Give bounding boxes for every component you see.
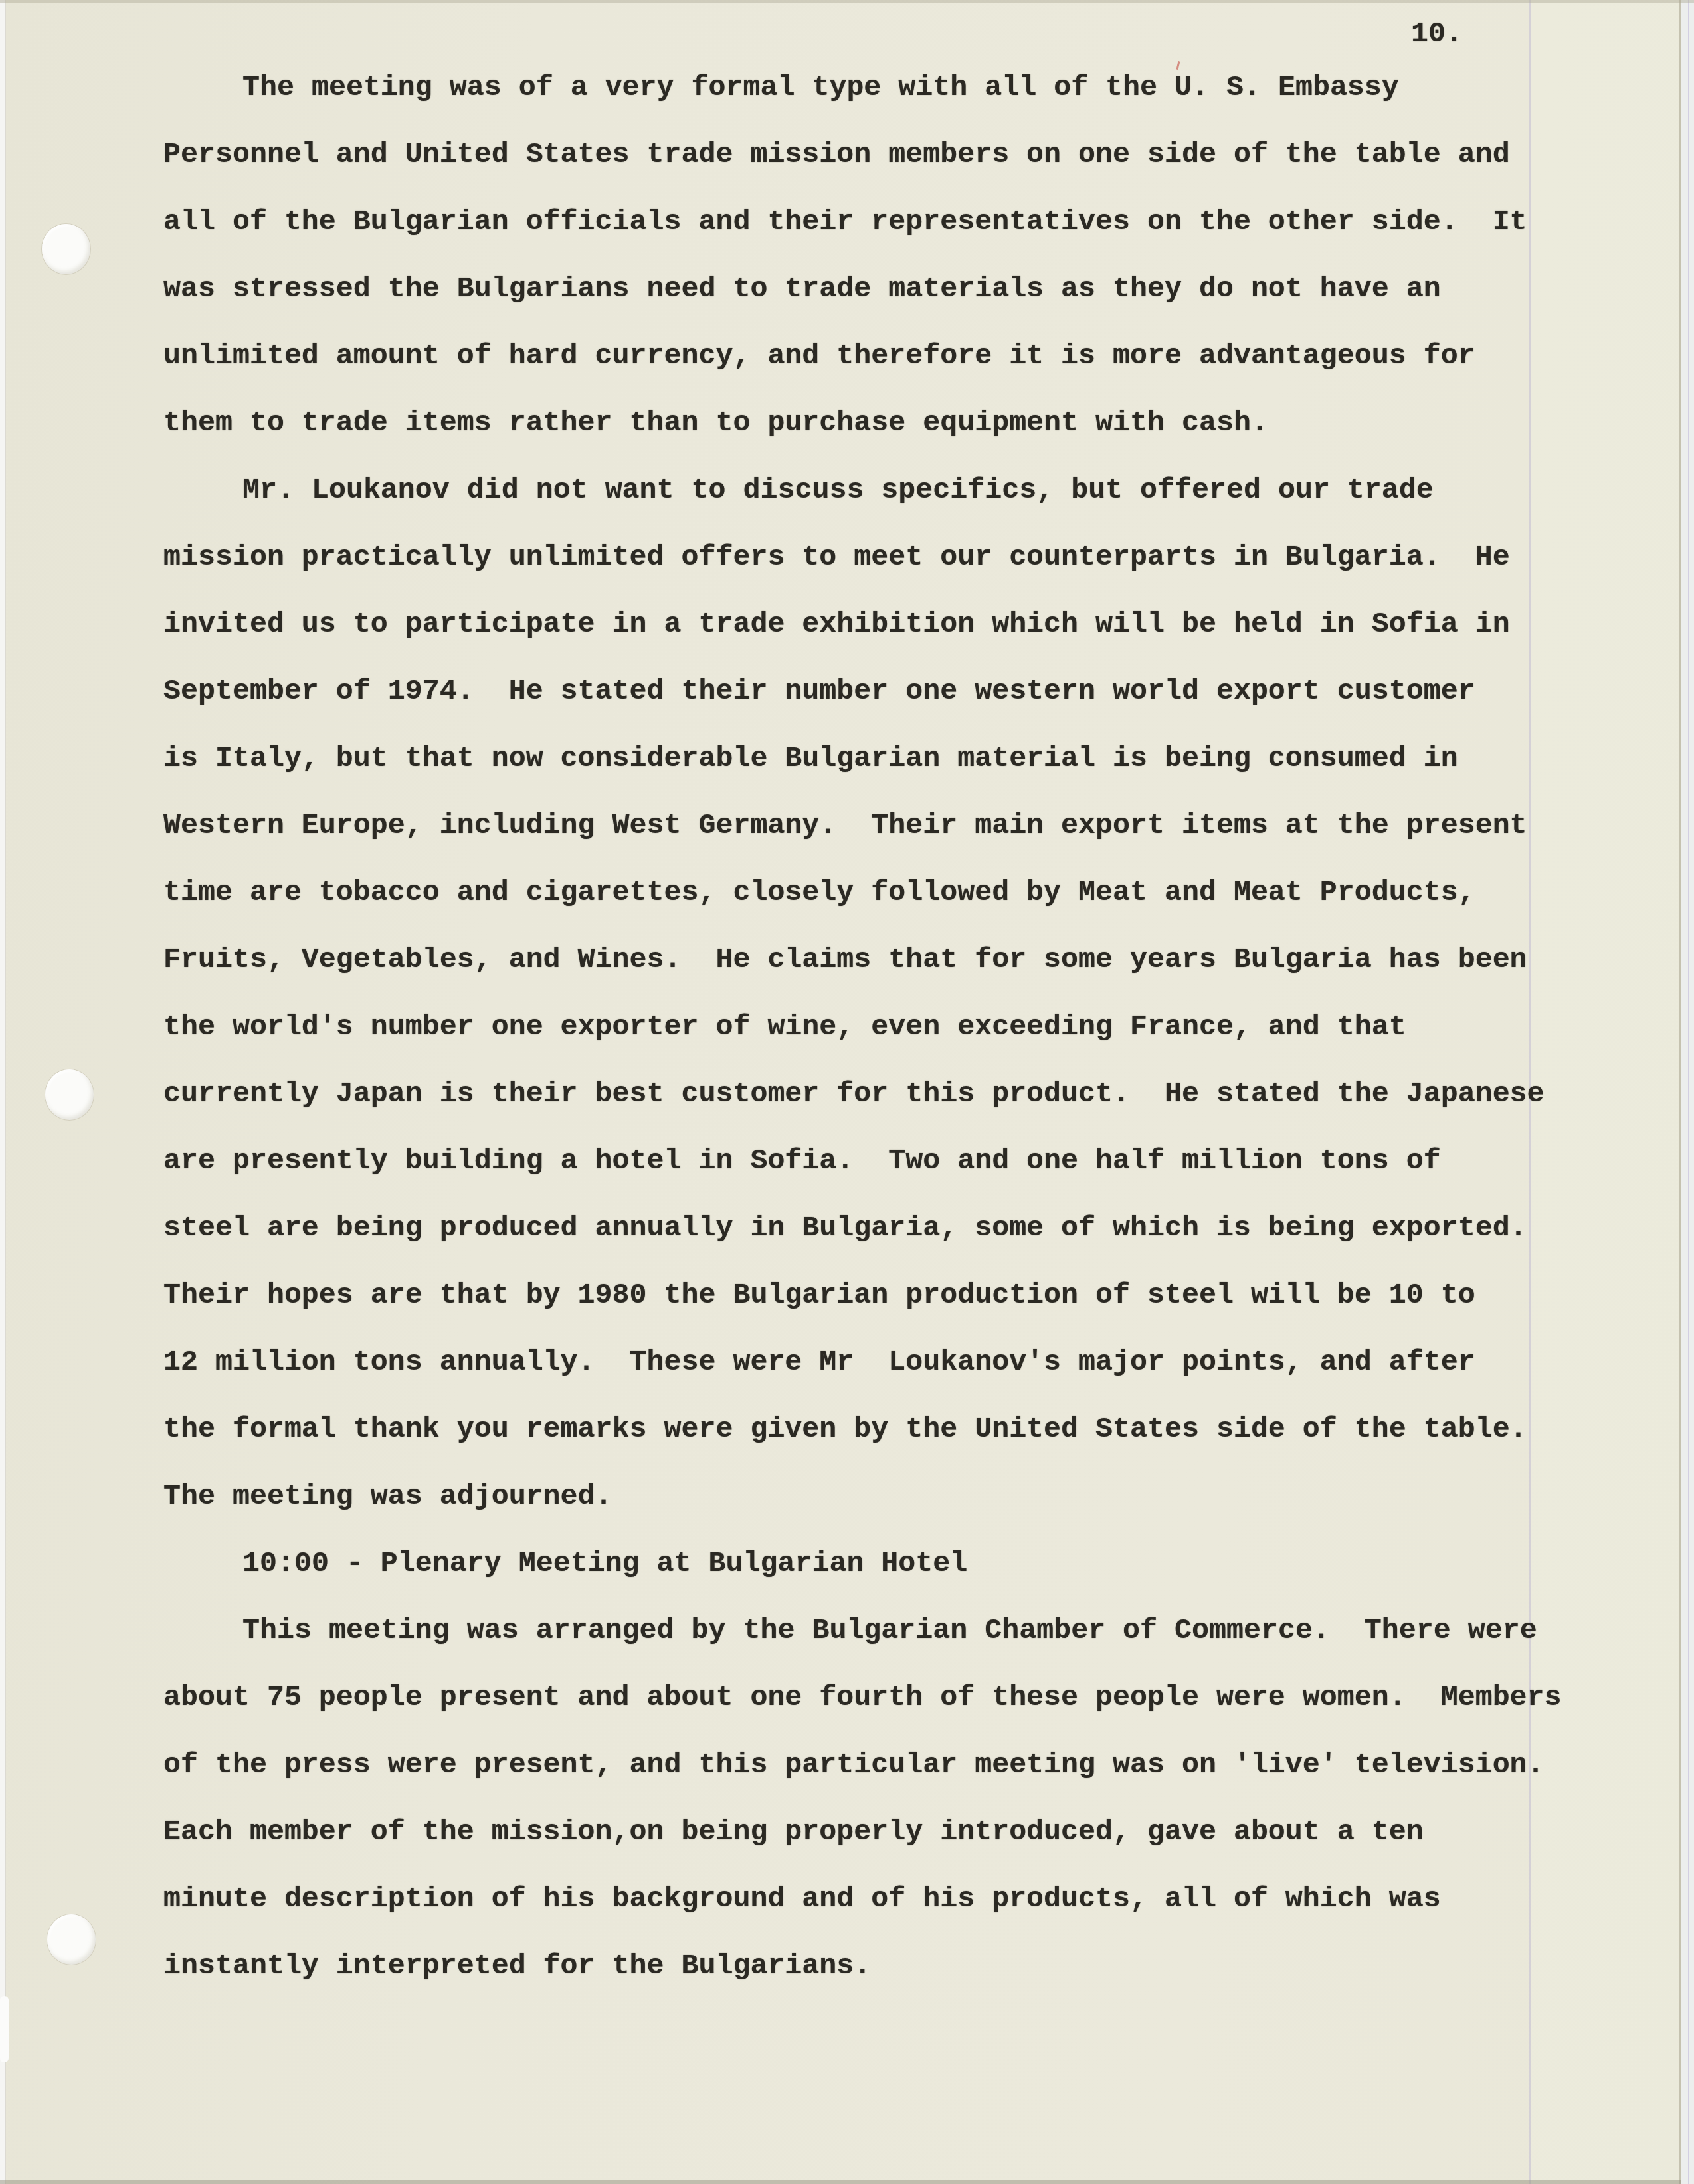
text-line: of the press were present, and this part…: [163, 1732, 1625, 1799]
text-line: Each member of the mission,on being prop…: [163, 1799, 1625, 1866]
text-line: This meeting was arranged by the Bulgari…: [163, 1597, 1625, 1665]
paper-bottom-edge: [0, 2180, 1681, 2184]
document-page: 10. The meeting was of a very formal typ…: [0, 0, 1681, 2184]
text-line: unlimited amount of hard currency, and t…: [163, 323, 1625, 390]
punch-hole: [45, 1069, 94, 1120]
scanner-line: [1688, 0, 1689, 2184]
text-line: mission practically unlimited offers to …: [163, 524, 1625, 591]
text-line: them to trade items rather than to purch…: [163, 390, 1625, 457]
text-line: the formal thank you remarks were given …: [163, 1396, 1625, 1463]
text-line: about 75 people present and about one fo…: [163, 1665, 1625, 1732]
text-line: are presently building a hotel in Sofia.…: [163, 1128, 1625, 1195]
text-line: invited us to participate in a trade exh…: [163, 591, 1625, 658]
text-line: 12 million tons annually. These were Mr …: [163, 1329, 1625, 1396]
text-line: time are tobacco and cigarettes, closely…: [163, 860, 1625, 927]
text-line: instantly interpreted for the Bulgarians…: [163, 1933, 1625, 2000]
text-line: Personnel and United States trade missio…: [163, 122, 1625, 189]
scanner-edge-left: [0, 0, 6, 2184]
paper-top-edge: [0, 0, 1694, 3]
text-line: Fruits, Vegetables, and Wines. He claims…: [163, 927, 1625, 994]
text-line: September of 1974. He stated their numbe…: [163, 658, 1625, 725]
text-line: 10:00 - Plenary Meeting at Bulgarian Hot…: [163, 1530, 1625, 1597]
text-line: minute description of his background and…: [163, 1866, 1625, 1933]
text-line: Mr. Loukanov did not want to discuss spe…: [163, 457, 1625, 524]
text-line: is Italy, but that now considerable Bulg…: [163, 725, 1625, 792]
text-line: steel are being produced annually in Bul…: [163, 1195, 1625, 1262]
punch-hole: [42, 224, 90, 274]
text-line: The meeting was of a very formal type wi…: [163, 54, 1625, 122]
text-line: all of the Bulgarian officials and their…: [163, 189, 1625, 256]
text-line: the world's number one exporter of wine,…: [163, 994, 1625, 1061]
text-line: currently Japan is their best customer f…: [163, 1061, 1625, 1128]
text-line: The meeting was adjourned.: [163, 1463, 1625, 1530]
scanner-notch: [0, 1996, 9, 2062]
text-lines: The meeting was of a very formal type wi…: [163, 54, 1625, 2000]
punch-hole: [47, 1914, 96, 1965]
text-line: Western Europe, including West Germany. …: [163, 792, 1625, 860]
text-line: was stressed the Bulgarians need to trad…: [163, 256, 1625, 323]
text-line: Their hopes are that by 1980 the Bulgari…: [163, 1262, 1625, 1329]
